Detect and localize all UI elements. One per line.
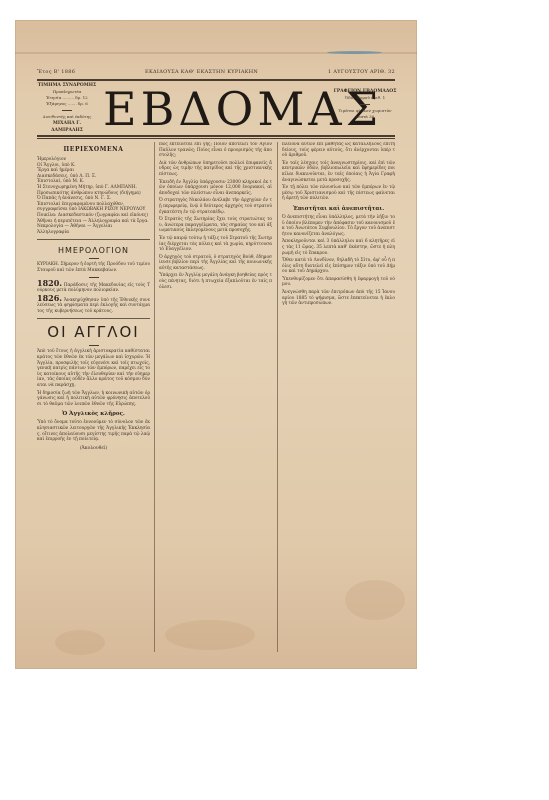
divider <box>89 345 99 346</box>
article-paragraph: Ὅθεν κατὰ τὸ Λονδῖνον, δηλαδὴ τὸ Σίτυ, ἀ… <box>282 258 395 275</box>
article-paragraph: Ἐν τῇ πόλει τῶν πλουσίων καὶ τῶν ἐμπόρων… <box>282 185 395 202</box>
column-right: πλείονα αὐτῶν ἐπὶ μαθητὰς ὡς καταλλήλους… <box>282 142 395 657</box>
divider <box>360 104 370 105</box>
article-paragraph: Ἀποκληροῦνται καὶ 3 ὑπάλληλοι καὶ 6 κλητ… <box>282 239 395 256</box>
article-paragraph: Ἡ δημοσία ζωὴ τῶν Ἄγγλων, ἡ κοινωνικὴ αὐ… <box>37 391 150 408</box>
subscription-line: Ἐτησία ......... δρ. 12 <box>46 95 87 100</box>
calendar-year: 1820. <box>37 278 62 288</box>
masthead-topline: Ἔτος Β' 1886 ΕΚΔΙΔΟΥΣΑ ΚΑΘ' ΕΚΑΣΤΗΝ ΚΥΡΙ… <box>37 66 395 78</box>
article-paragraph: Ὁ ἀρχηγὸς τοῦ στρατοῦ, ὁ στρατηγὸς Βούθ,… <box>159 255 272 272</box>
newspaper-title: ΕΒΔΟΜΑΣ <box>103 82 325 136</box>
calendar-intro: ΚΥΡΙΑΚΗ. Σήμερον ἡ ἑορτὴ τῆς Προόδου τοῦ… <box>37 262 150 273</box>
newspaper-page: Ἔτος Β' 1886 ΕΚΔΙΔΟΥΣΑ ΚΑΘ' ΕΚΑΣΤΗΝ ΚΥΡΙ… <box>15 20 417 669</box>
section-rule <box>37 239 150 240</box>
article-paragraph: Ἐν τῷ καιρῷ τούτῳ ἡ τάξις τοῦ Στρατοῦ τῆ… <box>159 236 272 253</box>
article-paragraph: Ὁ στρατηγὸς Νικολάου ἀνέλαβε τὴν ἀρχηγία… <box>159 198 272 215</box>
masthead-rule-bottom-thin <box>37 138 395 139</box>
editor-label: Διευθυντὴς καὶ ἐκδότης <box>43 114 92 119</box>
article-paragraph: Ὑπάρχει ἐν Ἀγγλίᾳ μεγάλη ἀνάγκη βοηθείας… <box>159 273 272 290</box>
article-paragraph: Ὑπὸ τὸ ὄνομα τοῦτο ἐννοοῦμεν τὸ σύνολον … <box>37 420 150 442</box>
divider <box>89 258 99 259</box>
divider <box>89 277 99 278</box>
columns: ΠΕΡΙΕΧΟΜΕΝΑ Ἡμερολόγιον Οἱ Ἄγγλοι, ὑπὸ Κ… <box>37 142 395 657</box>
masthead-rule-top <box>37 79 395 81</box>
subscription-heading: ΤΙΜΗΜΑ ΣΥΝΔΡΟΜΗΣ <box>38 83 96 88</box>
calendar-heading: ΗΜΕΡΟΛΟΓΙΟΝ <box>37 246 150 255</box>
divider <box>62 110 72 111</box>
contents-item: Ποικίλα: Διασκεδαστικόν (ζωγραφίαι καὶ ε… <box>37 213 150 219</box>
article-paragraph: Ἀνεγνώσθη παρὰ τῶν ἐπιτρόπων ἀπὸ τῆς 15 … <box>282 290 395 307</box>
article-paragraph: Ἐν ταῖς λέσχαις τοῖς ἀναγνωστηρίοις, καὶ… <box>282 161 395 183</box>
column-middle: πῶς ἐκτείνεται ἐπὶ γῆς; Ποῖον ἀποτελεῖ τ… <box>159 142 272 657</box>
article-paragraph: Διὰ τῶν ἀνθρώπων ὑπηρετοῦσι πολλοὶ ἐπιφα… <box>159 161 272 178</box>
contents-item: Ἐπιστολαὶ ἐπιγραφομένου πολλαχόθεν, συγγ… <box>37 202 150 213</box>
subscription-subheading: Προπληρωτέα <box>53 89 81 94</box>
article-paragraph: πλείονα αὐτῶν ἐπὶ μαθητὰς ὡς καταλλήλους… <box>282 142 395 159</box>
subscription-ear: ΤΙΜΗΜΑ ΣΥΝΔΡΟΜΗΣ Προπληρωτέα Ἐτησία ....… <box>37 82 97 134</box>
contents-heading: ΠΕΡΙΕΧΟΜΕΝΑ <box>37 146 150 153</box>
masthead-rule-bottom <box>37 135 395 137</box>
office-ear: ΓΡΑΦΕΙΟΝ ΕΒΔΟΜΑΔΟΣ Ὁδὸς Ἑρμοῦ ἀριθ. 1 Τι… <box>333 88 397 120</box>
ink-mark <box>327 51 382 54</box>
column-left: ΠΕΡΙΕΧΟΜΕΝΑ Ἡμερολόγιον Οἱ Ἄγγλοι, ὑπὸ Κ… <box>37 142 150 657</box>
article-paragraph: Ὁ Στρατὸς τῆς Σωτηρίας ἔχει τοὺς στρατιώ… <box>159 217 272 234</box>
issue-year: Ἔτος Β' 1886 <box>37 69 75 75</box>
article-subheading: Ἐπιστῆται καὶ ἀνεπιστῆται. <box>282 206 395 212</box>
article-subheading: Ὁ Ἀγγλικὸς κλῆρος. <box>37 411 150 417</box>
office-address: Ὁδὸς Ἑρμοῦ ἀριθ. 1 <box>345 95 385 100</box>
section-rule <box>37 318 150 319</box>
editor-name: ΜΙΧΑΗΛ Γ. ΔΑΜΙΡΑΛΗΣ <box>51 121 83 133</box>
issue-date: 1 ΑΥΓΟΥΣΤΟΥ ΑΡΙΘ. 32 <box>328 69 395 75</box>
calendar-entry: 1826. Ἀνακηρύχθησαν ὑπὸ τῆς Ἐθνικῆς συνε… <box>37 296 150 315</box>
article-paragraph: πῶς ἐκτείνεται ἐπὶ γῆς; Ποῖον ἀποτελεῖ τ… <box>159 142 272 159</box>
subscription-line: Ἐξάμηνος ....... δρ. 6 <box>46 101 88 106</box>
article-paragraph: Ἐπειδὴ ἐν Ἀγγλίᾳ ὑπάρχουσιν 23000 κληρικ… <box>159 180 272 197</box>
publication-frequency: ΕΚΔΙΔΟΥΣΑ ΚΑΘ' ΕΚΑΣΤΗΝ ΚΥΡΙΑΚΗΝ <box>145 69 258 75</box>
article-paragraph: Ὑπενθυμίζομεν ὅτι ἀπεφασίσθη ἡ ἐφαρμογὴ … <box>282 277 395 288</box>
continued-note: (Ἀκολουθεῖ) <box>37 446 150 451</box>
contents-item: Ἡ Στενοχωρημένη Μήτηρ, ὑπὸ Γ. ΑΛΜΠΑΝΗ. <box>37 185 150 191</box>
article-paragraph: Ἀπὸ τοῦ ἔτους ἡ ἀγγλικὴ ἀριστοκρατία καθ… <box>37 349 150 388</box>
calendar-year: 1826. <box>37 293 62 303</box>
article-heading: ΟΙ ΑΓΓΛΟΙ <box>37 323 150 341</box>
single-copy-price: Τιμᾶται φύλλον χωριστὸν λεπτὰ 30 <box>338 108 391 119</box>
column-separator <box>154 142 155 652</box>
contents-item: Ἀλληλογραφία <box>37 230 150 236</box>
column-separator <box>277 142 278 652</box>
office-heading: ΓΡΑΦΕΙΟΝ ΕΒΔΟΜΑΔΟΣ <box>334 89 397 94</box>
article-paragraph: Ὁ ἀνεπιστήτης εἶναι ὑπάλληλος, μετὰ τὴν … <box>282 215 395 237</box>
